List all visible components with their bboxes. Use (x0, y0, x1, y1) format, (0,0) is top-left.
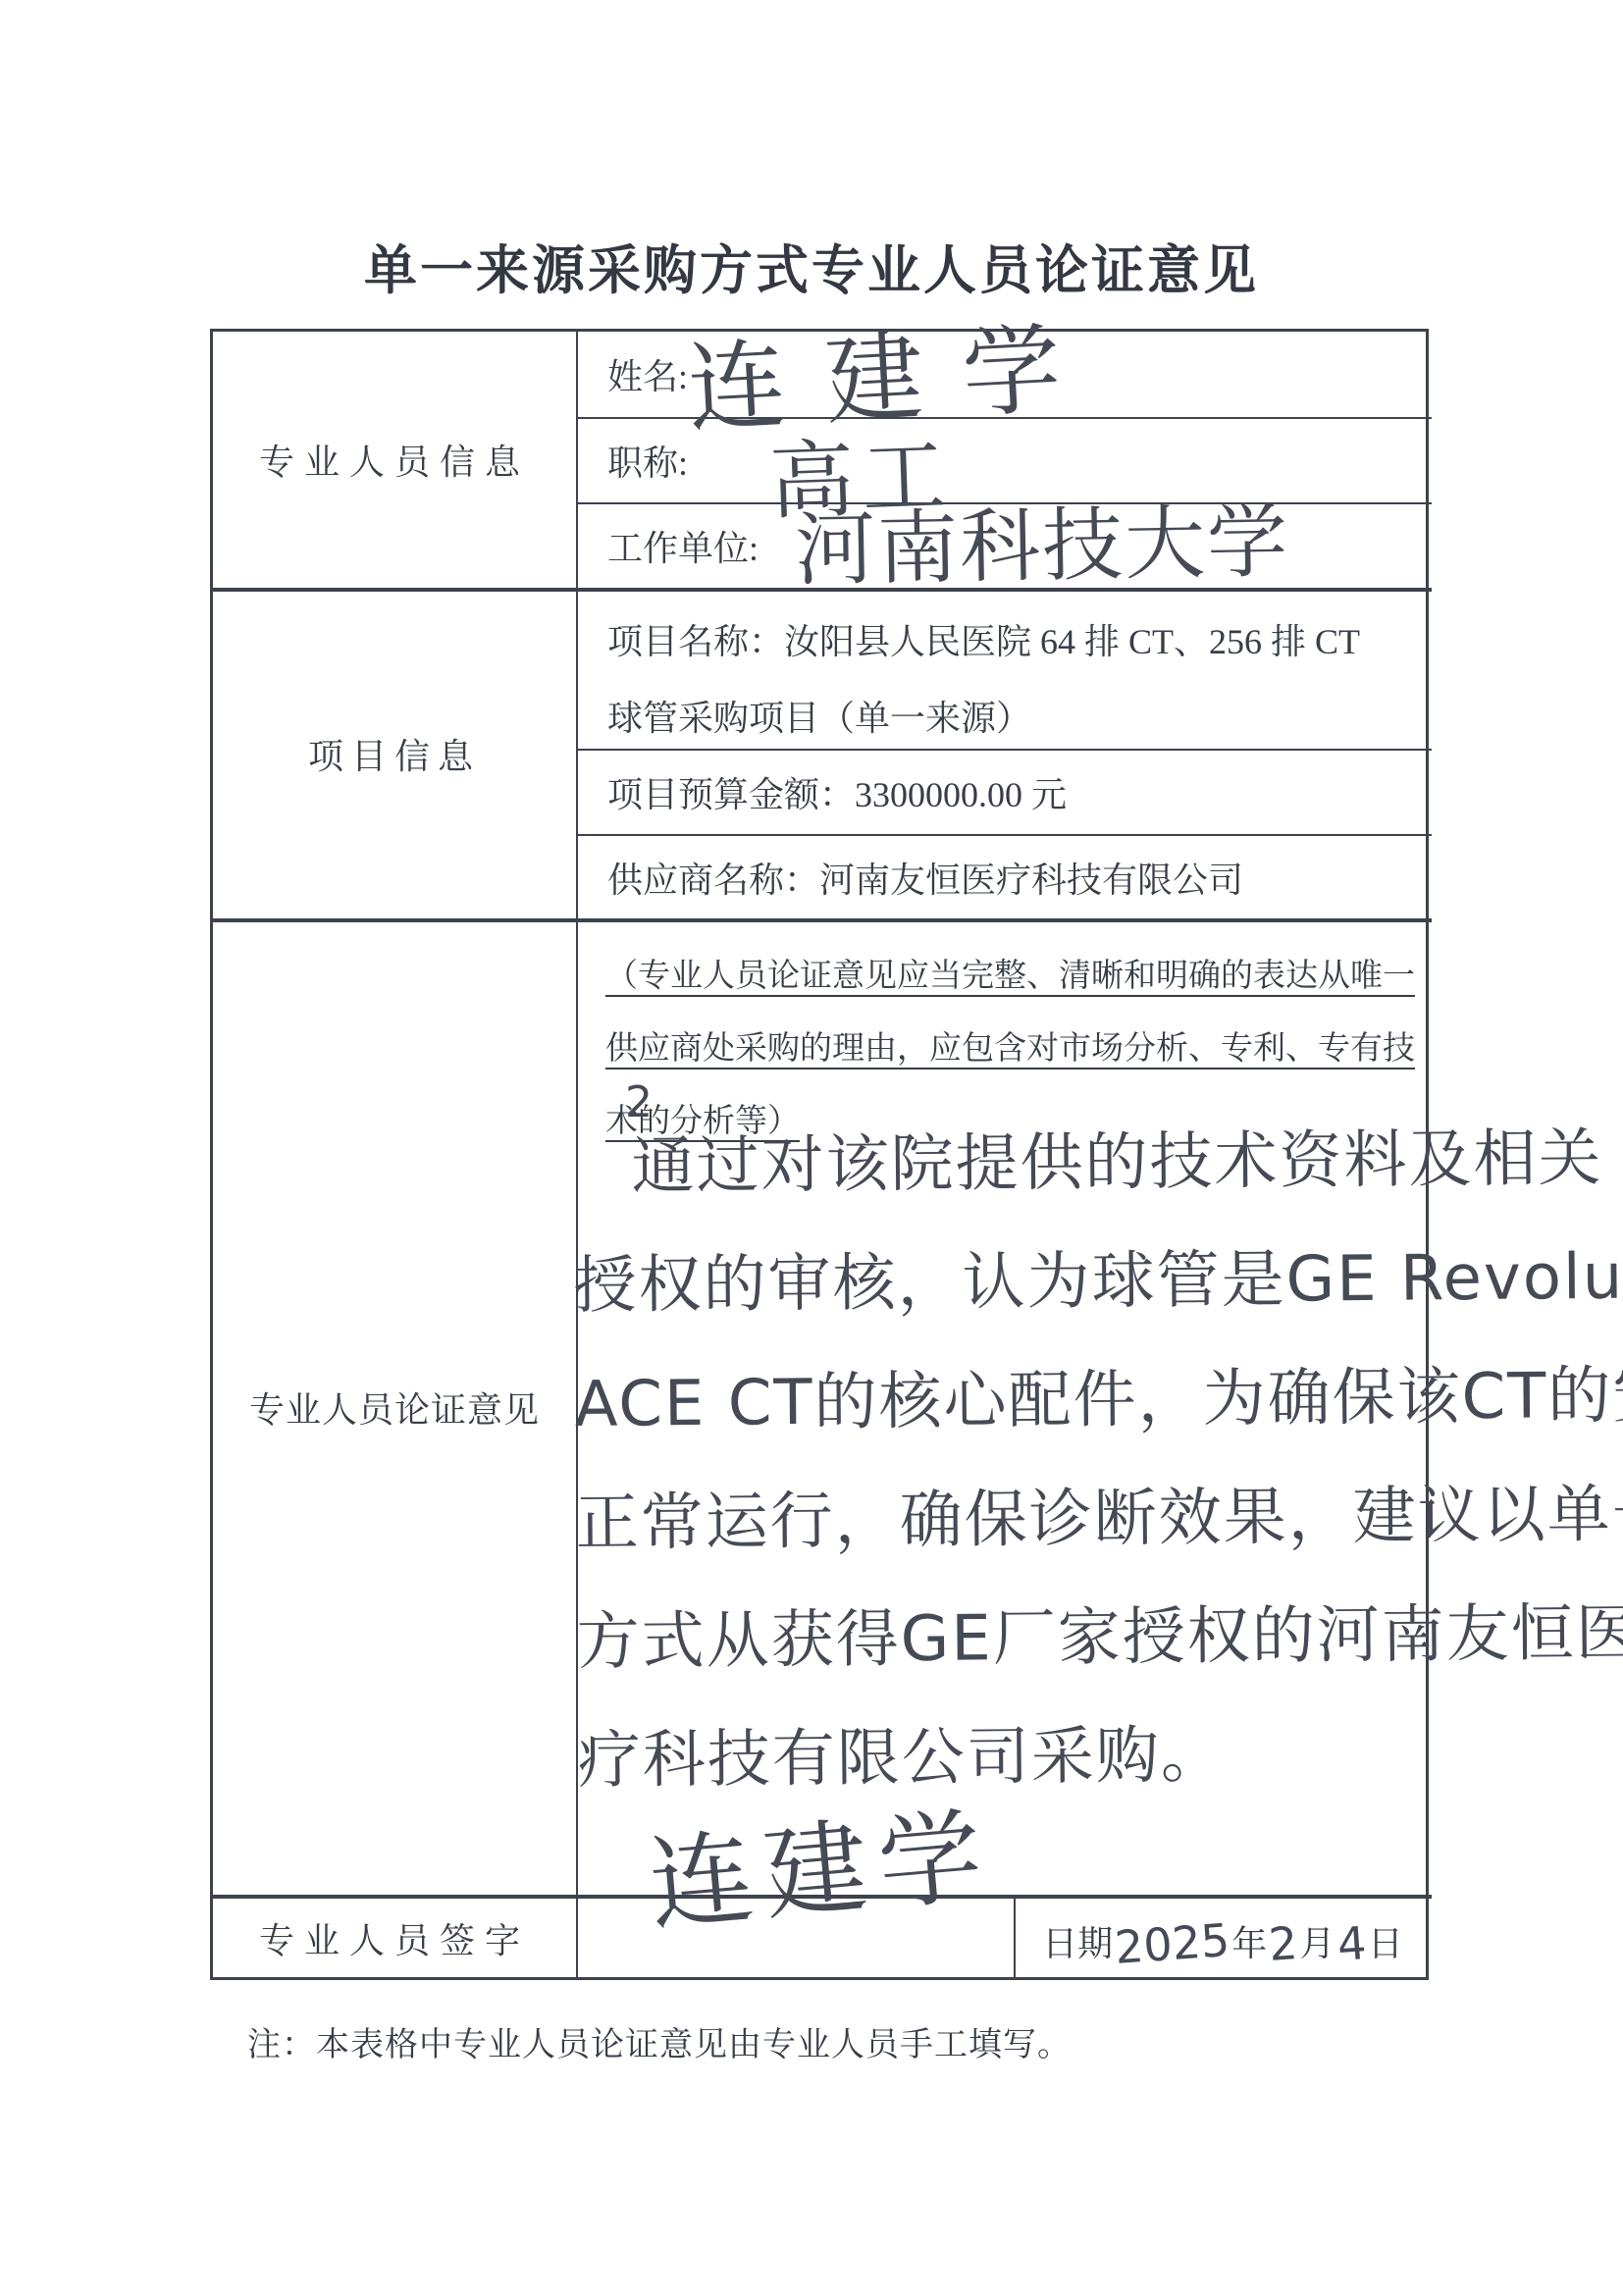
section-label-project: 项目信息 (213, 590, 576, 918)
section-label-personnel: 专业人员信息 (213, 332, 576, 588)
handwritten-signature: 连建学 (643, 1773, 999, 1951)
handwritten-opinion-line5: 方式从获得GE厂家授权的河南友恒医 (576, 1574, 1623, 1702)
project-name-line1: 项目名称：汝阳县人民医院 64 排 CT、256 排 CT (607, 603, 1360, 680)
project-name-cell: 项目名称：汝阳县人民医院 64 排 CT、256 排 CT 球管采购项目（单一来… (578, 592, 1432, 749)
handwritten-opinion-line2: 授权的审核，认为球管是GE Revolution (573, 1218, 1623, 1346)
footnote: 注：本表格中专业人员论证意见由专业人员手工填写。 (247, 2017, 1072, 2065)
date-day-unit: 日 (1368, 1916, 1403, 1966)
handwritten-year-value: 2025 (1113, 1913, 1231, 1974)
handwritten-opinion-block: 通过对该院提供的技术资料及相关 授权的审核，认为球管是GE Revolution… (572, 1099, 1623, 1820)
section-label-signature: 专业人员签字 (213, 1899, 576, 1977)
scanned-document-page: 单一来源采购方式专业人员论证意见 专业人员信息 项目信息 专业人员论证意见 专业… (0, 0, 1623, 2296)
handwritten-workunit-value: 河南科技大学 (794, 478, 1290, 601)
form-table: 专业人员信息 项目信息 专业人员论证意见 专业人员签字 姓名: 职称: 工作单位… (210, 329, 1429, 1980)
date-month-unit: 月 (1300, 1916, 1335, 1966)
handwritten-opinion-line4: 正常运行，确保诊断效果，建议以单一来源 (575, 1455, 1623, 1584)
handwritten-opinion-line1: 通过对该院提供的技术资料及相关 (572, 1099, 1623, 1227)
project-supplier-cell: 供应商名称：河南友恒医疗科技有限公司 (578, 836, 1432, 918)
date-cell: 日期 2025 年 2 月 4 日 (1014, 1899, 1432, 1983)
project-budget-cell: 项目预算金额：3300000.00 元 (578, 751, 1432, 834)
opinion-instruction-line1: （专业人员论证意见应当完整、清晰和明确的表达从唯一 (605, 940, 1415, 1013)
date-prefix-label: 日期 (1042, 1916, 1113, 1966)
handwritten-opinion-line3: ACE CT的核心配件，为确保该CT的安全 (574, 1336, 1623, 1465)
document-title: 单一来源采购方式专业人员论证意见 (0, 229, 1623, 304)
section-label-opinion: 专业人员论证意见 (213, 920, 576, 1895)
handwritten-day-value: 4 (1335, 1916, 1368, 1971)
date-year-unit: 年 (1231, 1916, 1267, 1966)
opinion-instruction-line2: 供应商处采购的理由，应包含对市场分析、专利、专有技 (605, 1013, 1415, 1085)
project-name-line2: 球管采购项目（单一来源） (607, 680, 1031, 757)
handwritten-month-value: 2 (1267, 1916, 1299, 1971)
